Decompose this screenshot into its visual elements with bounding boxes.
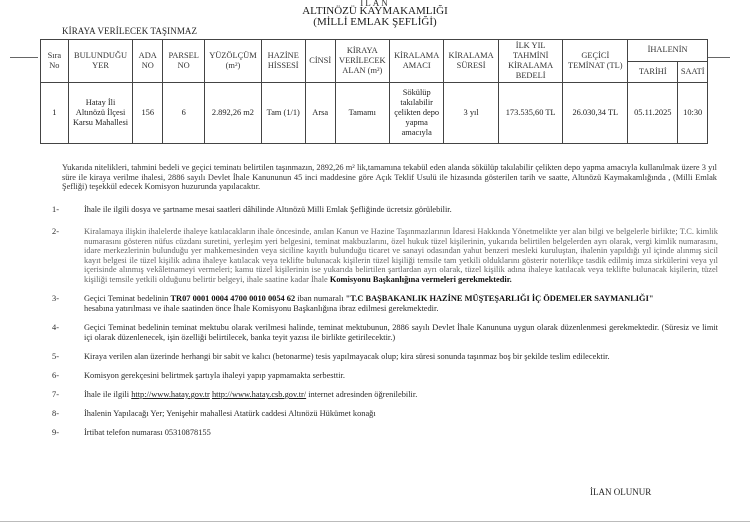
item-text-pre: İhale ile ilgili xyxy=(84,390,131,399)
list-item: 8- İhalenin Yapılacağı Yer; Yenişehir ma… xyxy=(48,409,718,419)
item-text: Kiralamaya ilişkin ihalelerde ihaleye ka… xyxy=(84,227,718,285)
col-duration: KİRALAMA SÜRESİ xyxy=(444,40,498,83)
item-number: 9- xyxy=(48,428,84,438)
cell-treasury-share: Tam (1/1) xyxy=(261,83,305,144)
col-date: TARİHİ xyxy=(628,61,678,83)
list-item: 5- Kiraya verilen alan üzerinde herhangi… xyxy=(48,352,718,362)
cell-first-year-fee: 173.535,60 TL xyxy=(498,83,563,144)
item-number: 2- xyxy=(48,227,84,285)
item-text: İhale ile ilgili dosya ve şartname mesai… xyxy=(84,205,718,215)
hatay-gov-link[interactable]: http://www.hatay.gov.tr xyxy=(131,390,210,399)
item-text-bold: Komisyonu Başkanlığına vermeleri gerekme… xyxy=(330,275,512,284)
cell-time: 10:30 xyxy=(678,83,708,144)
cell-ada-no: 156 xyxy=(133,83,163,144)
item-text: İhale ile ilgili http://www.hatay.gov.tr… xyxy=(84,390,718,400)
item-number: 3- xyxy=(48,294,84,313)
list-item: 4- Geçici Teminat bedelinin teminat mekt… xyxy=(48,323,718,342)
cell-duration: 3 yıl xyxy=(444,83,498,144)
table-row: 1 Hatay İli Altınözü İlçesi Karsu Mahall… xyxy=(41,83,708,144)
item-text-pre: Geçici Teminat bedelinin xyxy=(84,294,170,303)
col-sira-no: Sıra No xyxy=(41,40,69,83)
cell-purpose: Sökülüp takılabilir çelikten depo yapma … xyxy=(389,83,443,144)
divider xyxy=(10,57,38,58)
col-time: SAATİ xyxy=(678,61,708,83)
list-item: 3- Geçici Teminat bedelinin TR07 0001 00… xyxy=(48,294,718,313)
cell-rent-area: Tamamı xyxy=(335,83,389,144)
cell-location: Hatay İli Altınözü İlçesi Karsu Mahalles… xyxy=(68,83,133,144)
col-tender-group: İHALENİN xyxy=(628,40,708,62)
cell-type: Arsa xyxy=(305,83,335,144)
col-treasury-share: HAZİNE HİSSESİ xyxy=(261,40,305,83)
item-text: Komisyon gerekçesini belirtmek şartıyla … xyxy=(84,371,718,381)
item-number: 1- xyxy=(48,205,84,215)
item-text: Geçici Teminat bedelinin TR07 0001 0004 … xyxy=(84,294,718,313)
section-label: KİRAYA VERİLECEK TAŞINMAZ xyxy=(62,26,197,36)
item-text-mid: iban numaralı xyxy=(295,294,345,303)
item-text-post: internet adresinden öğrenilebilir. xyxy=(306,390,417,399)
cell-date: 05.11.2025 xyxy=(628,83,678,144)
intro-paragraph: Yukarıda nitelikleri, tahmini bedeli ve … xyxy=(62,163,717,192)
list-item: 2- Kiralamaya ilişkin ihalelerde ihaleye… xyxy=(48,227,718,285)
item-text-post: hesabına yatırılması ve ihale saatinden … xyxy=(84,304,438,313)
item-text: İrtibat telefon numarası 05310878155 xyxy=(84,428,718,438)
account-name: "T.C BAŞBAKANLIK HAZİNE MÜŞTEŞARLIĞI İÇ … xyxy=(346,294,654,303)
col-type: CİNSİ xyxy=(305,40,335,83)
cell-sira-no: 1 xyxy=(41,83,69,144)
cell-deposit: 26.030,34 TL xyxy=(563,83,628,144)
item-text: Kiraya verilen alan üzerinde herhangi bi… xyxy=(84,352,718,362)
col-rent-area: KİRAYA VERİLECEK ALAN (m²) xyxy=(335,40,389,83)
cell-parsel-no: 6 xyxy=(163,83,205,144)
col-ada-no: ADA NO xyxy=(133,40,163,83)
page-edge xyxy=(0,521,750,522)
col-purpose: KİRALAMA AMACI xyxy=(389,40,443,83)
iban-number: TR07 0001 0004 4700 0010 0054 62 xyxy=(170,294,295,303)
closing-text: İLAN OLUNUR xyxy=(590,487,651,497)
hatay-csb-link[interactable]: http://www.hatay.csb.gov.tr/ xyxy=(212,390,306,399)
item-text: Geçici Teminat bedelinin teminat mektubu… xyxy=(84,323,718,342)
property-table: Sıra No BULUNDUĞU YER ADA NO PARSEL NO Y… xyxy=(40,39,708,144)
col-location: BULUNDUĞU YER xyxy=(68,40,133,83)
item-number: 7- xyxy=(48,390,84,400)
item-number: 4- xyxy=(48,323,84,342)
announcement-page: İLAN ALTINÖZÜ KAYMAKAMLIĞI (MİLLİ EMLAK … xyxy=(0,0,750,529)
item-text: İhalenin Yapılacağı Yer; Yenişehir mahal… xyxy=(84,409,718,419)
list-item: 6- Komisyon gerekçesini belirtmek şartıy… xyxy=(48,371,718,381)
title-block: İLAN ALTINÖZÜ KAYMAKAMLIĞI (MİLLİ EMLAK … xyxy=(0,0,750,28)
col-parsel-no: PARSEL NO xyxy=(163,40,205,83)
item-number: 5- xyxy=(48,352,84,362)
list-item: 9- İrtibat telefon numarası 05310878155 xyxy=(48,428,718,438)
col-first-year-fee: İLK YIL TAHMİNİ KİRALAMA BEDELİ xyxy=(498,40,563,83)
list-item: 7- İhale ile ilgili http://www.hatay.gov… xyxy=(48,390,718,400)
cell-area: 2.892,26 m2 xyxy=(205,83,261,144)
divider xyxy=(708,57,730,58)
col-area: YÜZÖLÇÜM (m²) xyxy=(205,40,261,83)
list-item: 1- İhale ile ilgili dosya ve şartname me… xyxy=(48,205,718,215)
item-number: 8- xyxy=(48,409,84,419)
col-deposit: GEÇİCİ TEMİNAT (TL) xyxy=(563,40,628,83)
item-number: 6- xyxy=(48,371,84,381)
